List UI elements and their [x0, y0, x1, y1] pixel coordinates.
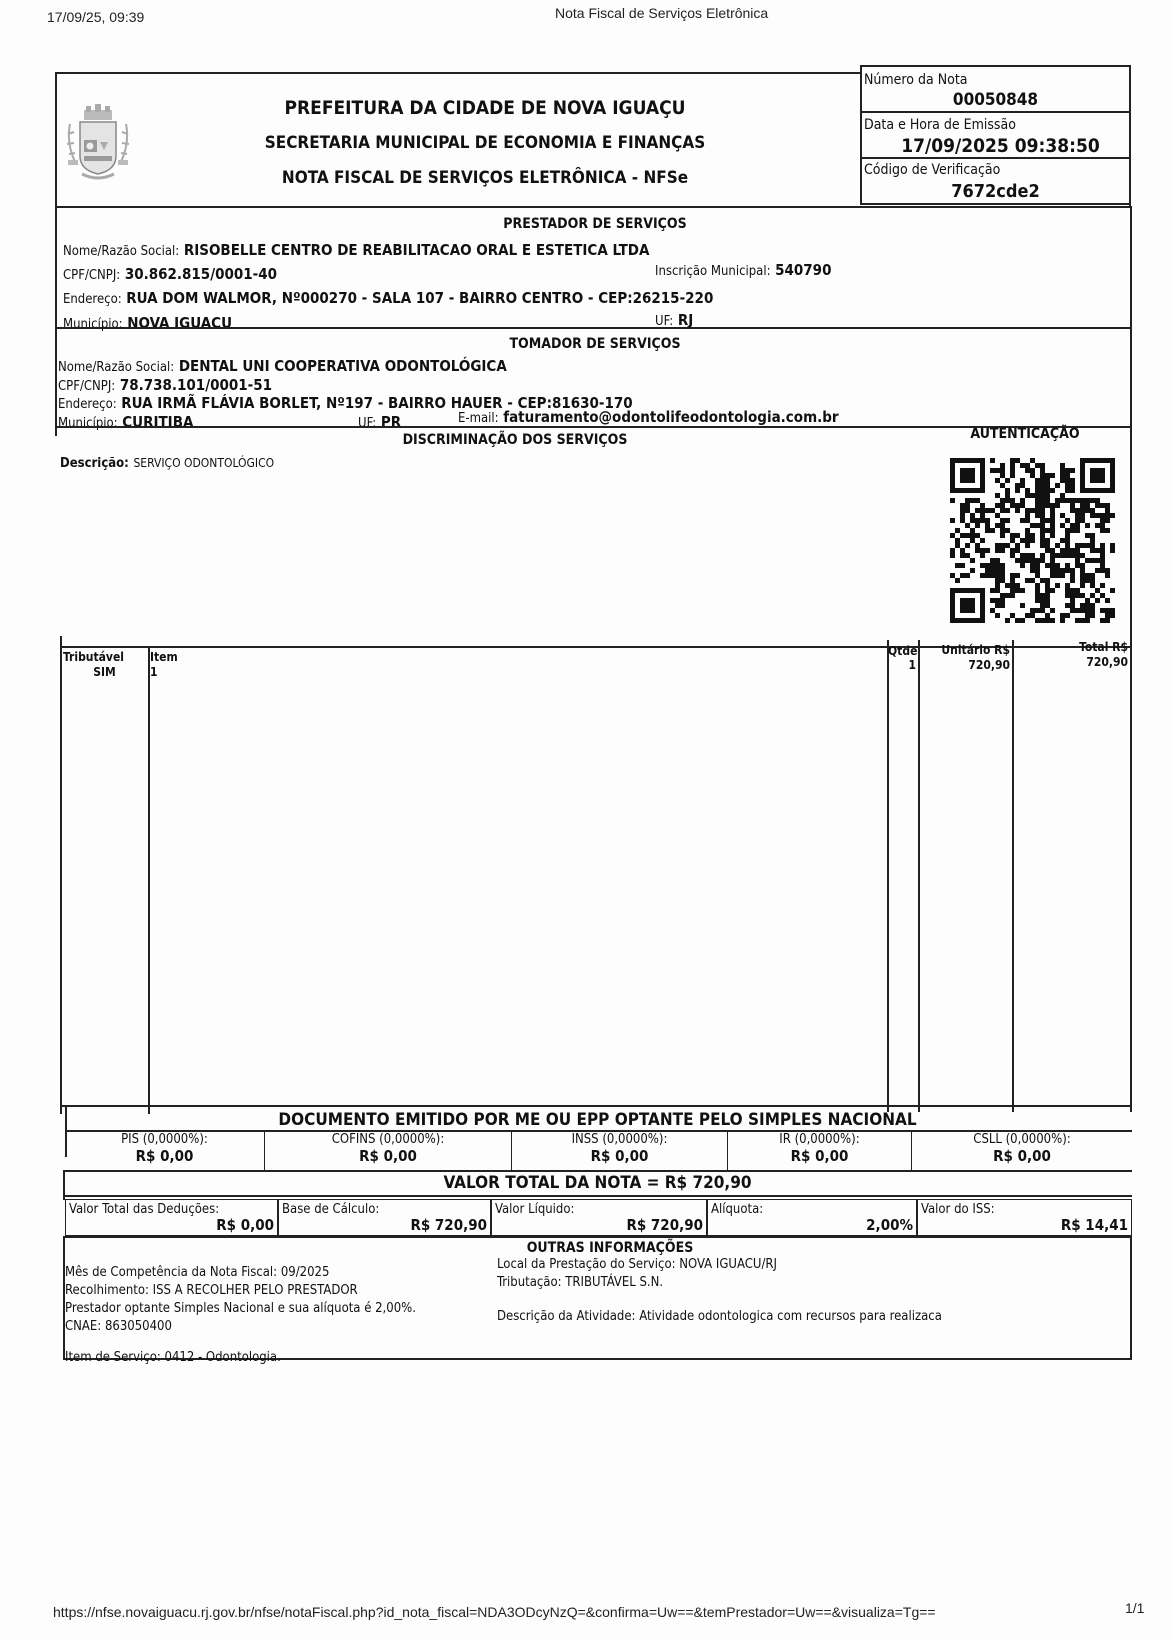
- row-qtde: 1: [889, 658, 916, 672]
- print-title: Nota Fiscal de Serviços Eletrônica: [555, 5, 768, 21]
- tax-cell: COFINS (0,0000%):R$ 0,00: [265, 1132, 512, 1170]
- competencia: Mês de Competência da Nota Fiscal: 09/20…: [65, 1264, 416, 1282]
- tax-label: IR (0,0000%):: [728, 1132, 911, 1147]
- coat-of-arms-logo: [62, 104, 134, 184]
- tax-label: INSS (0,0000%):: [512, 1132, 727, 1147]
- total-value: R$ 14,41: [1061, 1216, 1128, 1234]
- prestador-endereco-label: Endereço:: [63, 292, 122, 307]
- tax-label: PIS (0,0000%):: [65, 1132, 264, 1147]
- print-url[interactable]: https://nfse.novaiguacu.rj.gov.br/nfse/n…: [53, 1604, 936, 1620]
- codigo-label: Código de Verificação: [864, 162, 1000, 178]
- tax-cell: IR (0,0000%):R$ 0,00: [728, 1132, 912, 1170]
- emissao-value: 17/09/2025 09:38:50: [870, 135, 1131, 157]
- total-label: Valor Líquido:: [495, 1202, 574, 1217]
- prestador-endereco-value: RUA DOM WALMOR, Nº000270 - SALA 107 - BA…: [126, 289, 713, 307]
- descricao-value: SERVIÇO ODONTOLÓGICO: [133, 456, 274, 470]
- tomador-uf-label: UF:: [358, 416, 376, 431]
- prestador-cnpj-value: 30.862.815/0001-40: [125, 265, 277, 283]
- row-tributavel: SIM: [62, 665, 147, 679]
- outras-left: Mês de Competência da Nota Fiscal: 09/20…: [65, 1264, 416, 1336]
- outras-title: OUTRAS INFORMAÇÕES: [460, 1240, 760, 1256]
- autenticacao-label: AUTENTICAÇÃO: [935, 426, 1115, 442]
- cnae: CNAE: 863050400: [65, 1318, 416, 1336]
- valor-total: VALOR TOTAL DA NOTA = R$ 720,90: [65, 1173, 1130, 1193]
- tomador-email: E-mail: faturamento@odontolifeodontologi…: [458, 407, 839, 426]
- tomador-endereco-label: Endereço:: [58, 397, 117, 412]
- tax-cell: PIS (0,0000%):R$ 0,00: [65, 1132, 265, 1170]
- qr-code-icon[interactable]: [950, 458, 1115, 623]
- descricao: Descrição: SERVIÇO ODONTOLÓGICO: [60, 452, 274, 471]
- emissao-label: Data e Hora de Emissão: [864, 117, 1016, 133]
- row-item: 1: [150, 665, 158, 679]
- tomador-nome: Nome/Razão Social: DENTAL UNI COOPERATIV…: [58, 356, 507, 375]
- total-cell: Valor Total das Deduções:R$ 0,00: [65, 1199, 278, 1236]
- row-total: 720,90: [1014, 655, 1128, 669]
- total-cell: Valor do ISS:R$ 14,41: [917, 1199, 1132, 1236]
- tomador-title: TOMADOR DE SERVIÇOS: [400, 336, 790, 352]
- total-value: R$ 720,90: [410, 1216, 487, 1234]
- item-servico: Item de Serviço: 0412 - Odontologia.: [65, 1350, 281, 1365]
- tomador-uf-value: PR: [381, 413, 401, 431]
- prestador-municipio-label: Município:: [63, 317, 123, 332]
- prestador-inscricao: Inscrição Municipal: 540790: [655, 260, 831, 279]
- numero-label: Número da Nota: [864, 72, 968, 88]
- simples-aliquota: Prestador optante Simples Nacional e sua…: [65, 1300, 416, 1318]
- tax-cell: CSLL (0,0000%):R$ 0,00: [912, 1132, 1132, 1170]
- tomador-cnpj-value: 78.738.101/0001-51: [120, 376, 272, 394]
- tomador-nome-label: Nome/Razão Social:: [58, 360, 174, 375]
- secretaria-title: SECRETARIA MUNICIPAL DE ECONOMIA E FINAN…: [150, 133, 820, 153]
- total-label: Valor Total das Deduções:: [69, 1202, 219, 1217]
- tax-value: R$ 0,00: [912, 1147, 1132, 1165]
- total-value: R$ 720,90: [626, 1216, 703, 1234]
- print-datetime: 17/09/25, 09:39: [47, 9, 144, 25]
- prestador-inscricao-label: Inscrição Municipal:: [655, 264, 771, 279]
- tomador-uf: UF: PR: [358, 412, 401, 431]
- total-cell: Alíquota:2,00%: [707, 1199, 917, 1236]
- prestador-nome-value: RISOBELLE CENTRO DE REABILITACAO ORAL E …: [184, 241, 650, 259]
- tomador-cnpj: CPF/CNPJ: 78.738.101/0001-51: [58, 375, 272, 394]
- codigo-value: 7672cde2: [860, 181, 1131, 202]
- simples-banner: DOCUMENTO EMITIDO POR ME OU EPP OPTANTE …: [65, 1110, 1130, 1130]
- descricao-label: Descrição:: [60, 456, 129, 471]
- outras-right: Local da Prestação do Serviço: NOVA IGUA…: [497, 1256, 777, 1292]
- nfse-title: NOTA FISCAL DE SERVIÇOS ELETRÔNICA - NFS…: [150, 168, 820, 188]
- tomador-email-label: E-mail:: [458, 411, 499, 426]
- col-qtde-header: Qtde: [888, 644, 917, 658]
- tomador-nome-value: DENTAL UNI COOPERATIVA ODONTOLÓGICA: [179, 357, 507, 375]
- col-item-header: Item: [150, 650, 178, 664]
- prefeitura-title: PREFEITURA DA CIDADE DE NOVA IGUAÇU: [150, 97, 820, 119]
- descricao-atividade: Descrição da Atividade: Atividade odonto…: [497, 1309, 942, 1324]
- prestador-title: PRESTADOR DE SERVIÇOS: [400, 216, 790, 232]
- print-page: 1/1: [1125, 1600, 1144, 1616]
- tax-value: R$ 0,00: [265, 1147, 511, 1165]
- tomador-municipio-label: Município:: [58, 416, 118, 431]
- prestador-endereco: Endereço: RUA DOM WALMOR, Nº000270 - SAL…: [63, 288, 713, 307]
- prestador-nome: Nome/Razão Social: RISOBELLE CENTRO DE R…: [63, 240, 649, 259]
- col-tributavel-header: Tributável: [63, 650, 124, 664]
- prestador-cnpj-label: CPF/CNPJ:: [63, 268, 120, 283]
- row-unitario: 720,90: [920, 658, 1010, 672]
- total-value: R$ 0,00: [216, 1216, 274, 1234]
- prestador-inscricao-value: 540790: [775, 261, 831, 279]
- tax-value: R$ 0,00: [65, 1147, 264, 1165]
- total-label: Alíquota:: [711, 1202, 763, 1217]
- numero-value: 00050848: [860, 90, 1131, 110]
- tomador-municipio-value: CURITIBA: [122, 413, 193, 431]
- total-label: Valor do ISS:: [921, 1202, 995, 1217]
- recolhimento: Recolhimento: ISS A RECOLHER PELO PRESTA…: [65, 1282, 416, 1300]
- total-cell: Valor Líquido:R$ 720,90: [491, 1199, 707, 1236]
- tax-value: R$ 0,00: [512, 1147, 727, 1165]
- discriminacao-title: DISCRIMINAÇÃO DOS SERVIÇOS: [320, 432, 710, 448]
- tributacao: Tributação: TRIBUTÁVEL S.N.: [497, 1274, 777, 1292]
- prestador-nome-label: Nome/Razão Social:: [63, 244, 179, 259]
- tomador-email-value: faturamento@odontolifeodontologia.com.br: [503, 408, 838, 426]
- local-prestacao: Local da Prestação do Serviço: NOVA IGUA…: [497, 1256, 777, 1274]
- tax-label: CSLL (0,0000%):: [912, 1132, 1132, 1147]
- tomador-municipio: Município: CURITIBA: [58, 412, 193, 431]
- tax-value: R$ 0,00: [728, 1147, 911, 1165]
- col-unitario-header: Unitário R$: [920, 643, 1010, 657]
- col-total-header: Total R$: [1014, 640, 1128, 654]
- tax-label: COFINS (0,0000%):: [265, 1132, 511, 1147]
- prestador-municipio-value: NOVA IGUACU: [127, 314, 232, 332]
- prestador-municipio: Município: NOVA IGUACU: [63, 313, 232, 332]
- total-label: Base de Cálculo:: [282, 1202, 379, 1217]
- total-cell: Base de Cálculo:R$ 720,90: [278, 1199, 491, 1236]
- prestador-cnpj: CPF/CNPJ: 30.862.815/0001-40: [63, 264, 277, 283]
- total-value: 2,00%: [866, 1216, 913, 1234]
- tax-cell: INSS (0,0000%):R$ 0,00: [512, 1132, 728, 1170]
- tomador-cnpj-label: CPF/CNPJ:: [58, 379, 115, 394]
